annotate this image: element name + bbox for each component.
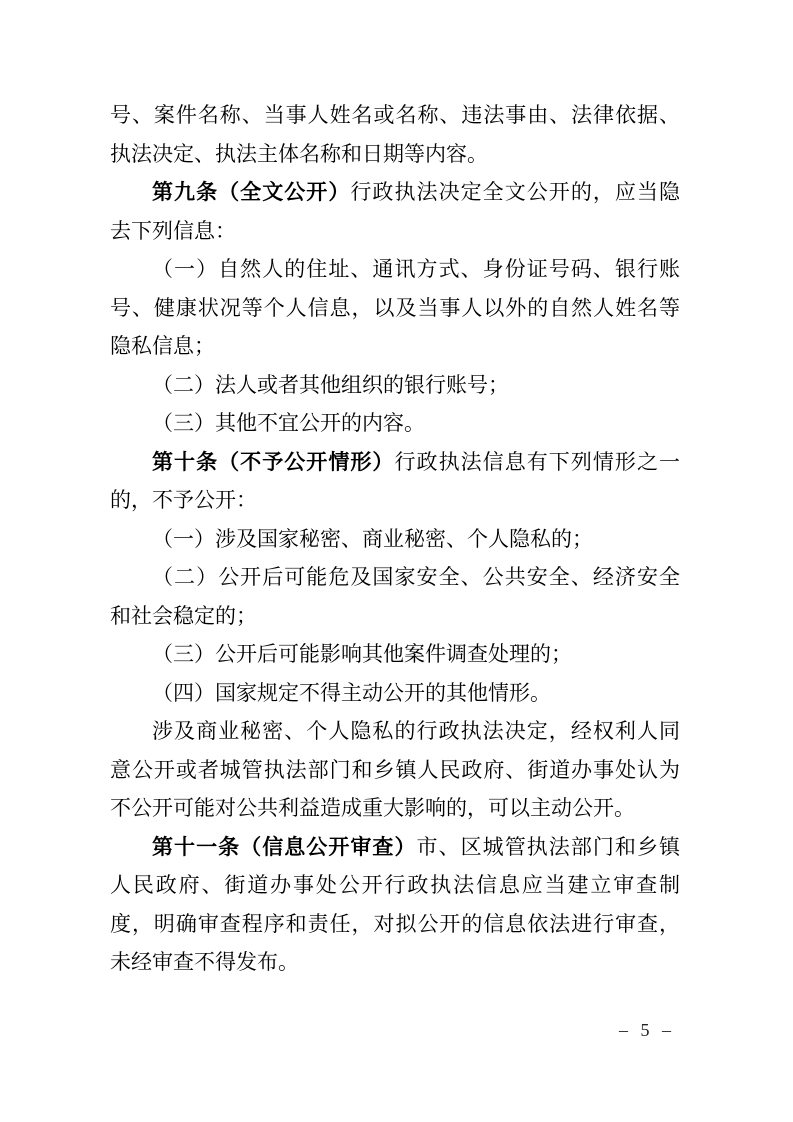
text-line: 和社会稳定的； [110, 597, 680, 636]
page-number: – 5 – [619, 1020, 675, 1041]
text-segment: 市、区城管执法部门和乡镇 [417, 835, 680, 859]
article-heading-10: 第十条（不予公开情形） [152, 451, 394, 474]
text-line: （一）自然人的住址、通讯方式、身份证号码、银行账 [110, 250, 680, 289]
text-line: 意公开或者城管执法部门和乡镇人民政府、街道办事处认为 [110, 751, 680, 790]
document-page: 号、案件名称、当事人姓名或名称、违法事由、法律依据、 执法决定、执法主体名称和日… [0, 0, 793, 1122]
text-line: 隐私信息； [110, 327, 680, 366]
text-line: 去下列信息： [110, 212, 680, 251]
text-line: 号、案件名称、当事人姓名或名称、违法事由、法律依据、 [110, 96, 680, 135]
text-line: （一）涉及国家秘密、商业秘密、个人隐私的； [110, 520, 680, 559]
text-segment: 行政执法决定全文公开的，应当隐 [350, 180, 680, 204]
text-line: 度，明确审查程序和责任，对拟公开的信息依法进行审查， [110, 905, 680, 944]
text-line: 的，不予公开： [110, 481, 680, 520]
text-line: 第十一条（信息公开审查）市、区城管执法部门和乡镇 [110, 828, 680, 867]
text-line: 号、健康状况等个人信息，以及当事人以外的自然人姓名等 [110, 289, 680, 328]
text-line: （三）公开后可能影响其他案件调查处理的； [110, 635, 680, 674]
article-heading-9: 第九条（全文公开） [152, 181, 350, 204]
text-segment: 行政执法信息有下列情形之一 [394, 450, 680, 474]
text-line: 不公开可能对公共利益造成重大影响的，可以主动公开。 [110, 789, 680, 828]
text-line: 第十条（不予公开情形）行政执法信息有下列情形之一 [110, 443, 680, 482]
text-line: 未经审查不得发布。 [110, 943, 680, 982]
text-line: 第九条（全文公开）行政执法决定全文公开的，应当隐 [110, 173, 680, 212]
text-line: 人民政府、街道办事处公开行政执法信息应当建立审查制 [110, 866, 680, 905]
text-line: （二）公开后可能危及国家安全、公共安全、经济安全 [110, 558, 680, 597]
text-line: （三）其他不宜公开的内容。 [110, 404, 680, 443]
text-line: （四）国家规定不得主动公开的其他情形。 [110, 674, 680, 713]
text-line: 执法决定、执法主体名称和日期等内容。 [110, 135, 680, 174]
text-line: （二）法人或者其他组织的银行账号； [110, 366, 680, 405]
document-body: 号、案件名称、当事人姓名或名称、违法事由、法律依据、 执法决定、执法主体名称和日… [110, 96, 680, 982]
text-line: 涉及商业秘密、个人隐私的行政执法决定，经权利人同 [110, 712, 680, 751]
article-heading-11: 第十一条（信息公开审查） [152, 836, 417, 859]
